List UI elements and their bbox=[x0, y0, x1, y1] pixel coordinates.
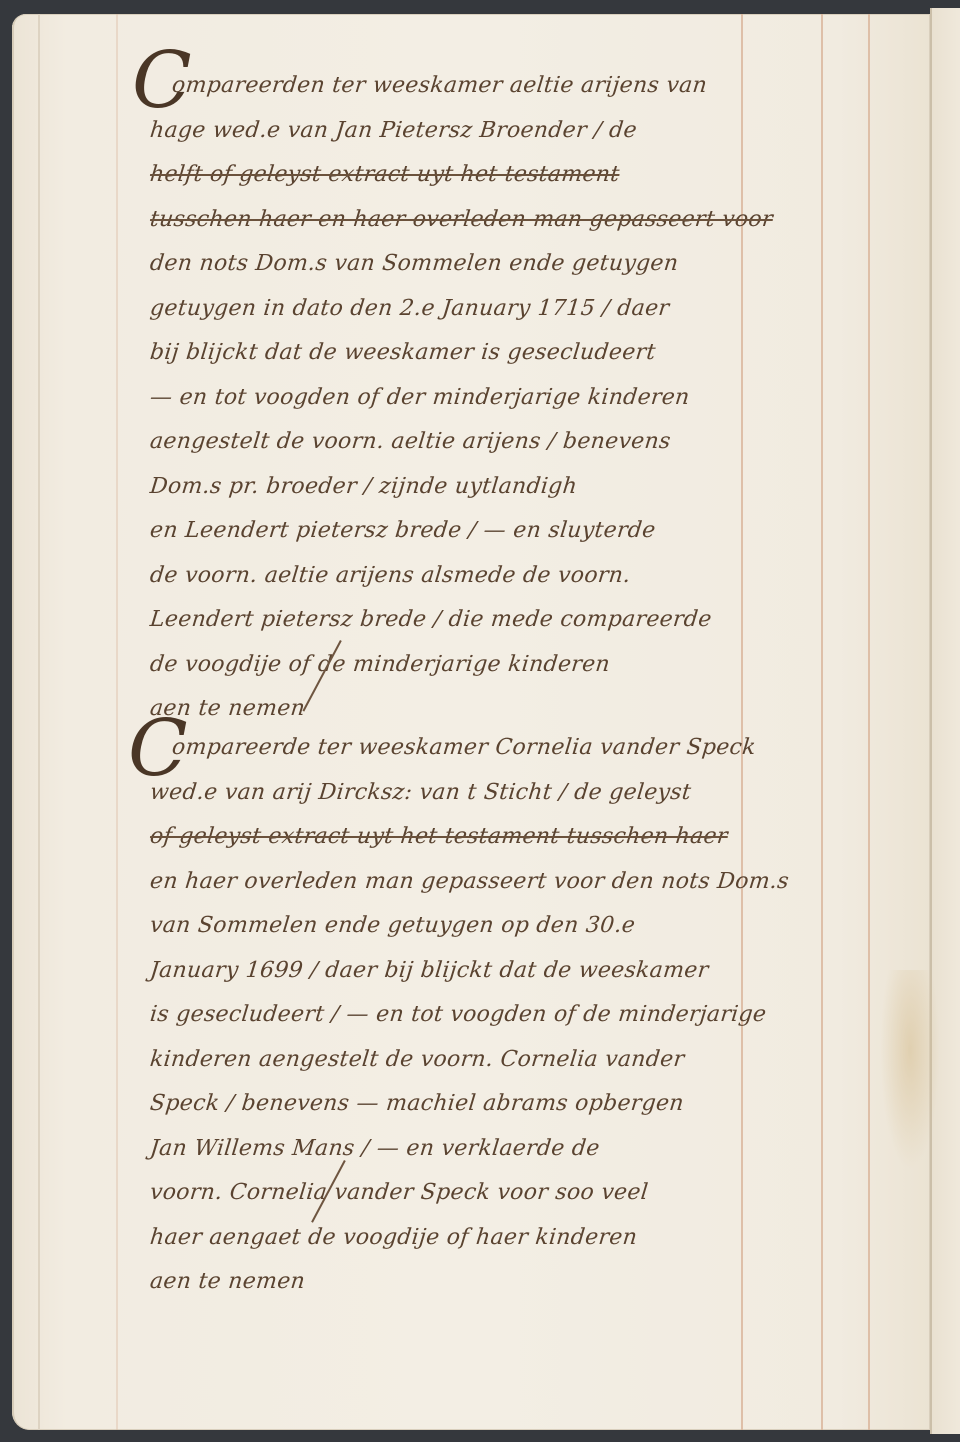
entry-line-struck: helft of geleyst extract uyt het testame… bbox=[148, 153, 893, 198]
entry-line: Jan Willems Mans / — en verklaerde de bbox=[148, 1127, 893, 1172]
register-entry-1: C ompareerden ter weeskamer aeltie arije… bbox=[150, 64, 890, 732]
entry-line: de voogdije of de minderjarige kinderen bbox=[148, 643, 893, 688]
left-margin-rule bbox=[116, 14, 118, 1430]
entry-line: aen te nemen bbox=[148, 687, 893, 732]
adjacent-page-edge bbox=[930, 8, 960, 1434]
entry-line: kinderen aengestelt de voorn. Cornelia v… bbox=[148, 1038, 893, 1083]
entry-line: wed.e van arij Dircksz: van t Sticht / d… bbox=[148, 771, 893, 816]
entry-line: Speck / benevens — machiel abrams opberg… bbox=[148, 1082, 893, 1127]
entry-line: January 1699 / daer bij blijckt dat de w… bbox=[148, 949, 893, 994]
entry-line: en haer overleden man gepasseert voor de… bbox=[148, 860, 893, 905]
entry-line-struck: of geleyst extract uyt het testament tus… bbox=[148, 815, 893, 860]
entry-line: van Sommelen ende getuygen op den 30.e bbox=[148, 904, 893, 949]
entry-line: getuygen in dato den 2.e January 1715 / … bbox=[148, 287, 893, 332]
entry-line: ompareerde ter weeskamer Cornelia vander… bbox=[148, 726, 893, 771]
entry-line: Leendert pietersz brede / die mede compa… bbox=[148, 598, 893, 643]
entry-line: de voorn. aeltie arijens alsmede de voor… bbox=[148, 554, 893, 599]
entry-line: bij blijckt dat de weeskamer is geseclud… bbox=[148, 331, 893, 376]
entry-line: hage wed.e van Jan Pietersz Broender / d… bbox=[148, 109, 893, 154]
entry-line: ompareerden ter weeskamer aeltie arijens… bbox=[148, 64, 893, 109]
page-stack-edge bbox=[12, 14, 40, 1430]
entry-line: aen te nemen bbox=[148, 1260, 893, 1305]
entry-line: — en tot voogden of der minderjarige kin… bbox=[148, 376, 893, 421]
entry-line: voorn. Cornelia vander Speck voor soo ve… bbox=[148, 1171, 893, 1216]
entry-line: haer aengaet de voogdije of haer kindere… bbox=[148, 1216, 893, 1261]
entry-line: Dom.s pr. broeder / zijnde uytlandigh bbox=[148, 465, 893, 510]
entry-line: en Leendert pietersz brede / — en sluyte… bbox=[148, 509, 893, 554]
register-entry-2: C ompareerde ter weeskamer Cornelia vand… bbox=[150, 726, 890, 1305]
entry-line: is gesecludeert / — en tot voogden of de… bbox=[148, 993, 893, 1038]
entry-line-struck: tusschen haer en haer overleden man gepa… bbox=[148, 198, 893, 243]
entry-line: aengestelt de voorn. aeltie arijens / be… bbox=[148, 420, 893, 465]
entry-line: den nots Dom.s van Sommelen ende getuyge… bbox=[148, 242, 893, 287]
